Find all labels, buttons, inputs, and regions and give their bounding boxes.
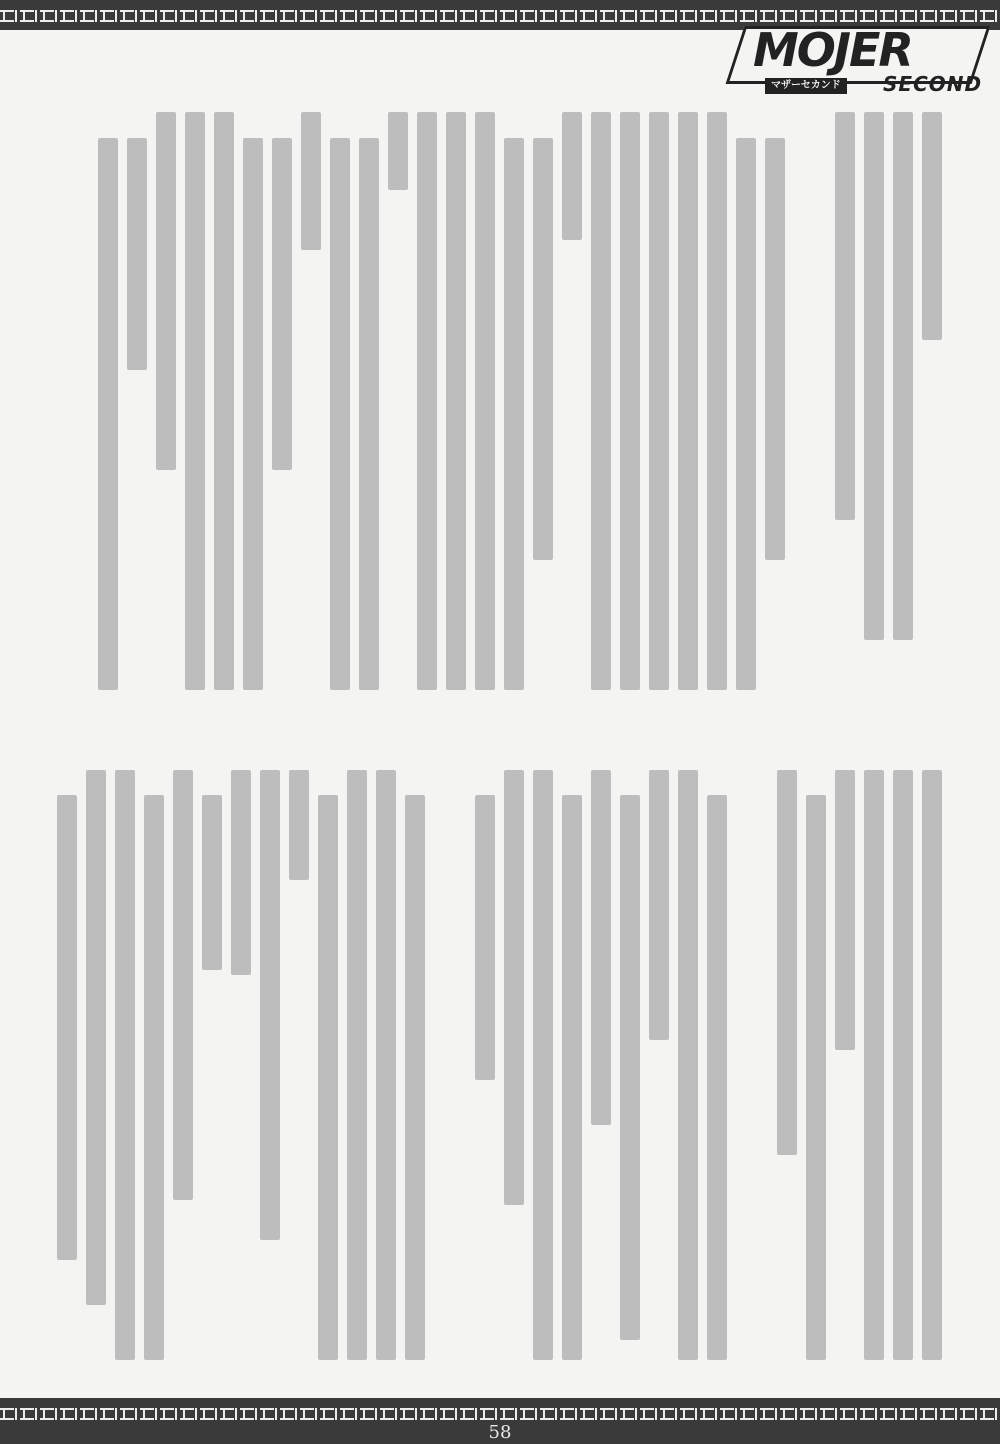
redacted-text-column [376, 770, 396, 1360]
redacted-text-column [562, 795, 582, 1360]
redacted-text-column [806, 795, 826, 1360]
redacted-text-column [301, 112, 321, 250]
redacted-text-column [98, 138, 118, 690]
redacted-text-column [835, 770, 855, 1050]
redacted-text-column [260, 770, 280, 1240]
redacted-text-column [446, 112, 466, 690]
redacted-text-column [475, 795, 495, 1080]
redacted-text-column [127, 138, 147, 370]
redacted-text-column [649, 770, 669, 1040]
redacted-text-column [202, 795, 222, 970]
logo-kana: マザーセカンド [765, 78, 847, 94]
redacted-text-column [707, 112, 727, 690]
redacted-text-column [243, 138, 263, 690]
redacted-text-column [359, 138, 379, 690]
redacted-text-column [864, 112, 884, 640]
redacted-text-column [156, 112, 176, 470]
redacted-text-column [231, 770, 251, 975]
redacted-text-column [765, 138, 785, 560]
redacted-text-column [318, 795, 338, 1360]
redacted-text-column [347, 770, 367, 1360]
redacted-text-column [533, 770, 553, 1360]
redacted-text-column [533, 138, 553, 560]
redacted-text-column [289, 770, 309, 880]
redacted-text-column [272, 138, 292, 470]
redacted-text-column [777, 770, 797, 1155]
redacted-text-column [504, 138, 524, 690]
redacted-text-column [330, 138, 350, 690]
redacted-text-column [736, 138, 756, 690]
redacted-text-column [405, 795, 425, 1360]
redacted-text-column [591, 770, 611, 1125]
redacted-text-column [417, 112, 437, 690]
redacted-text-column [504, 770, 524, 1205]
redacted-text-column [922, 770, 942, 1360]
redacted-text-column [86, 770, 106, 1305]
redacted-text-column [835, 112, 855, 520]
page-number: 58 [480, 1422, 520, 1444]
redacted-text-column [678, 112, 698, 690]
redacted-text-column [707, 795, 727, 1360]
redacted-text-column [620, 112, 640, 690]
redacted-text-column [591, 112, 611, 690]
redacted-text-column [864, 770, 884, 1360]
redacted-text-column [893, 770, 913, 1360]
redacted-text-column [922, 112, 942, 340]
redacted-text-column [185, 112, 205, 690]
redacted-text-column [649, 112, 669, 690]
chain-decoration [0, 1408, 1000, 1420]
redacted-text-column [144, 795, 164, 1360]
series-logo: MOJER マザーセカンド SECOND [735, 0, 985, 100]
redacted-text-column [115, 770, 135, 1360]
logo-subtitle: SECOND [883, 72, 982, 96]
redacted-text-column [214, 112, 234, 690]
redacted-text-column [57, 795, 77, 1260]
redacted-text-column [678, 770, 698, 1360]
redacted-text-column [620, 795, 640, 1340]
redacted-text-column [893, 112, 913, 640]
redacted-text-column [475, 112, 495, 690]
redacted-text-column [173, 770, 193, 1200]
redacted-text-column [562, 112, 582, 240]
logo-title: MOJER [753, 24, 912, 76]
redacted-text-column [388, 112, 408, 190]
